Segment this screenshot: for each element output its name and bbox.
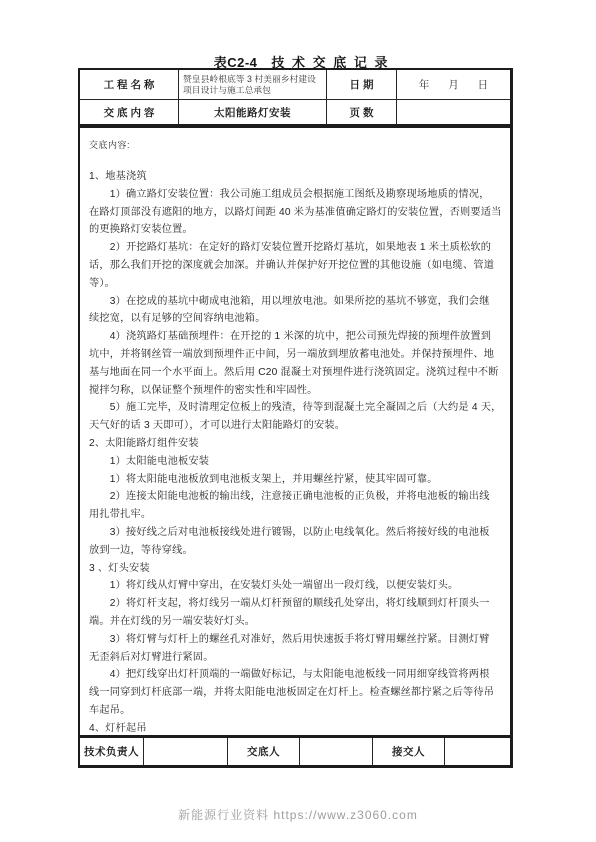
- content-line: 3）将灯臂与灯杆上的螺丝孔对准好，然后用快速扳手将灯臂用螺丝拧紧。目测灯臂: [89, 631, 501, 649]
- content-line: 在路灯顶部没有遮阳的地方，以路灯间距 40 米为基准值确定路灯的安装位置，否则要…: [89, 204, 501, 222]
- content-line: 1）将灯线从灯臂中穿出，在安装灯头处一端留出一段灯线，以便安装灯头。: [89, 577, 501, 595]
- content-line: 的更换路灯安装位置。: [89, 221, 501, 239]
- pages-value: [396, 99, 510, 124]
- content-line: 放到一边，等待穿线。: [89, 542, 501, 560]
- content-line: 线一同穿到灯杆底部一端，并将太阳能电池板固定在灯杆上。检查螺丝都拧紧之后等待吊: [89, 684, 501, 702]
- receiver-value: [444, 738, 510, 765]
- discloser-value: [299, 738, 372, 765]
- date-label: 日 期: [326, 70, 396, 99]
- content-line: 天气好的话 3 天即可），才可以进行太阳能路灯的安装。: [89, 417, 501, 435]
- content-line: 车起吊。: [89, 702, 501, 720]
- content-line: 搅拌匀称，以保证整个预埋件的密实性和牢固性。: [89, 382, 501, 400]
- pages-label: 页 数: [326, 99, 396, 124]
- header-table: 工 程 名 称 赞皇县岭根底等 3 村美丽乡村建设 项目设计与施工总承包 日 期…: [78, 68, 513, 126]
- content-line: 1）太阳能电池板安装: [89, 453, 501, 471]
- content-line: 4）把灯线穿出灯杆顶端的一端做好标记，与太阳能电池板线一同用细穿线管将两根: [89, 666, 501, 684]
- content-line: 等）。: [89, 275, 501, 293]
- content-line: 3）接好线之后对电池板接线处进行镀锡，以防止电线氧化。然后将接好线的电池板: [89, 524, 501, 542]
- date-value: 年 月 日: [396, 70, 510, 99]
- content-line: 2）将灯杆支起，将灯线另一端从灯杆预留的顺线孔处穿出，将灯线顺到灯杆顶头一: [89, 595, 501, 613]
- content-line: 1）将太阳能电池板放到电池板支架上，并用螺丝拧紧，使其牢固可靠。: [89, 471, 501, 489]
- content-line: 用扎带扎牢。: [89, 506, 501, 524]
- content-line: 坑中，并将钢丝管一端放到预埋件正中间，另一端放到埋放蓄电池处。并保持预埋件、地: [89, 346, 501, 364]
- content-line: 1）确立路灯安装位置：我公司施工组成员会根据施工图纸及勘察现场地质的情况，: [89, 186, 501, 204]
- discloser-label: 交底人: [227, 738, 299, 765]
- project-name-line1: 赞皇县岭根底等 3 村美丽乡村建设: [183, 74, 316, 85]
- content-section-label: 交底内容:: [89, 136, 501, 154]
- disclosure-content-label: 交 底 内 容: [80, 99, 178, 124]
- content-lines: 1、地基浇筑 1）确立路灯安装位置：我公司施工组成员会根据施工图纸及勘察现场地质…: [89, 168, 501, 738]
- project-name-line2: 项目设计与施工总承包: [183, 85, 271, 96]
- content-line: 端。并在灯线的另一端安装好灯头。: [89, 613, 501, 631]
- tech-lead-value: [143, 738, 227, 765]
- content-line: 3 、灯头安装: [89, 560, 501, 578]
- content-line: 2）开挖路灯基坑：在定好的路灯安装位置开挖路灯基坑，如果地表 1 米土质松软的: [89, 239, 501, 257]
- receiver-label: 接交人: [372, 738, 444, 765]
- tech-lead-label: 技术负责人: [80, 738, 143, 765]
- project-name-value: 赞皇县岭根底等 3 村美丽乡村建设 项目设计与施工总承包: [178, 70, 326, 99]
- footer-watermark: 新能源行业资料 https://www.z3060.com: [0, 806, 596, 823]
- content-line: 4、灯杆起吊: [89, 720, 501, 738]
- content-line: 4）浇筑路灯基础预埋件：在开挖的 1 米深的坑中，把公司预先焊接的预埋件放置到: [89, 328, 501, 346]
- disclosure-content-value: 太阳能路灯安装: [178, 99, 326, 124]
- content-line: 话，那么我们开挖的深度就会加深。并确认并保护好开挖位置的其他设施（如电缆、管道: [89, 257, 501, 275]
- content-line: 基与地面在同一个水平面上。然后用 C20 混凝土对预埋件进行浇筑固定。浇筑过程中…: [89, 364, 501, 382]
- content-line: 5）施工完毕，及时清理定位板上的残渣，待等到混凝土完全凝固之后（大约是 4 天，: [89, 399, 501, 417]
- content-line: 2、太阳能路灯组件安装: [89, 435, 501, 453]
- signature-row: 技术负责人 交底人 接交人: [78, 736, 513, 768]
- page-title: 表C2-4技 术 交 底 记 录: [0, 37, 596, 71]
- content-box: 交底内容: 1、地基浇筑 1）确立路灯安装位置：我公司施工组成员会根据施工图纸及…: [78, 126, 513, 737]
- content-line: 2）连接太阳能电池板的输出线，注意接正确电池板的正负极，并将电池板的输出线: [89, 488, 501, 506]
- content-line: 1、地基浇筑: [89, 168, 501, 186]
- content-line: 续挖宽，以有足够的空间容纳电池箱。: [89, 310, 501, 328]
- content-line: 无歪斜后对灯臂进行紧固。: [89, 649, 501, 667]
- content-line: 3）在挖成的基坑中砌成电池箱，用以埋放电池。如果所挖的基坑不够宽，我们会继: [89, 293, 501, 311]
- project-name-label: 工 程 名 称: [80, 70, 178, 99]
